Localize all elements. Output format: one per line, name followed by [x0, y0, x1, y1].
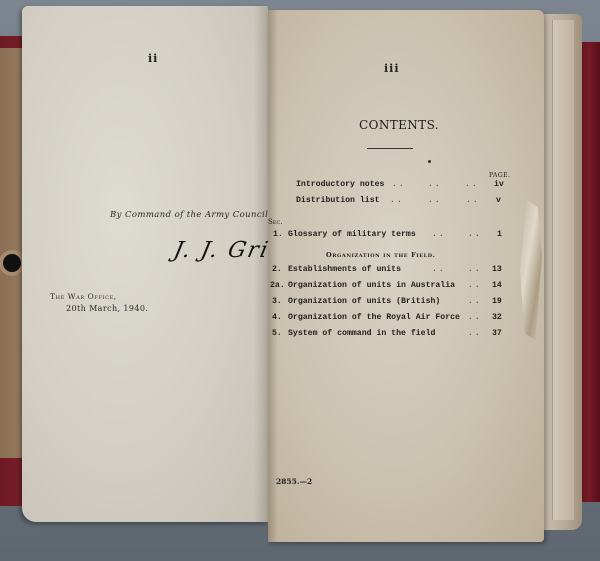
toc-row: 3. Organization of units (British) .. 19 [0, 297, 600, 311]
toc-leader: .. [468, 329, 482, 338]
toc-row: Introductory notes .. .. .. iv [0, 180, 600, 194]
page-column-header: PAGE. [489, 172, 510, 179]
left-page [22, 6, 268, 522]
toc-title: Organization of units (British) [288, 297, 440, 306]
toc-number: 3. [272, 297, 282, 306]
toc-number: 2. [272, 265, 282, 274]
toc-number: 4. [272, 313, 282, 322]
toc-row: 4. Organization of the Royal Air Force .… [0, 313, 600, 327]
toc-row: 2. Establishments of units .. .. 13 [0, 265, 600, 279]
toc-page: 19 [492, 297, 502, 306]
toc-title: Organization of units in Australia [288, 281, 455, 290]
toc-page: 13 [492, 265, 502, 274]
left-folio: ii [148, 52, 158, 65]
toc-leader: .. [428, 196, 442, 205]
toc-page: 1 [497, 230, 502, 239]
toc-leader: .. [392, 180, 406, 189]
toc-number: 2a. [270, 281, 285, 290]
toc-leader: .. [468, 265, 482, 274]
toc-leader: .. [432, 265, 446, 274]
toc-title: System of command in the field [288, 329, 435, 338]
section-heading: Organization in the Field. [326, 251, 436, 259]
toc-leader: .. [390, 196, 404, 205]
toc-page: v [496, 196, 501, 205]
toc-row: Distribution list .. .. .. v [0, 196, 600, 210]
print-code: 2855.—2 [276, 477, 312, 486]
toc-page: 14 [492, 281, 502, 290]
toc-leader: .. [466, 196, 480, 205]
toc-title: Distribution list [296, 196, 380, 205]
toc-row: 1. Glossary of military terms .. .. 1 [0, 230, 600, 244]
toc-leader: .. [468, 281, 482, 290]
toc-row: 2a. Organization of units in Australia .… [0, 281, 600, 295]
toc-page: 37 [492, 329, 502, 338]
contents-title: CONTENTS. [359, 118, 439, 132]
toc-title: Establishments of units [288, 265, 401, 274]
toc-number: 1. [273, 230, 283, 239]
toc-page: iv [494, 180, 504, 189]
toc-leader: .. [428, 180, 442, 189]
title-rule [367, 148, 413, 149]
toc-leader: .. [465, 180, 479, 189]
toc-leader: .. [468, 230, 482, 239]
section-column-header: Sec. [268, 218, 283, 226]
command-line: By Command of the Army Council, [110, 210, 271, 220]
toc-number: 5. [272, 329, 282, 338]
ink-dot [428, 160, 431, 163]
toc-page: 32 [492, 313, 502, 322]
toc-leader: .. [468, 297, 482, 306]
toc-title: Glossary of military terms [288, 230, 416, 239]
toc-row: 5. System of command in the field .. 37 [0, 329, 600, 343]
toc-leader: .. [468, 313, 482, 322]
right-folio: iii [384, 62, 400, 75]
toc-leader: .. [432, 230, 446, 239]
toc-title: Organization of the Royal Air Force [288, 313, 460, 322]
toc-title: Introductory notes [296, 180, 384, 189]
